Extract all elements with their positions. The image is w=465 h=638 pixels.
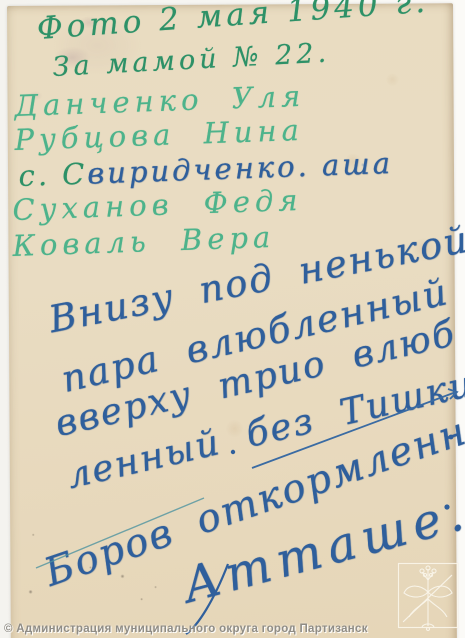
green-ink-fragment: с. С: [18, 157, 88, 193]
city-emblem-logo: [397, 562, 459, 632]
emblem-left-leaf: [404, 586, 428, 597]
emblem-lower-right-leaf: [428, 599, 447, 617]
photo-back-scan: Фото 2 мая 1940 г. За мамой № 22. Данчен…: [0, 0, 465, 638]
emblem-right-leaf: [428, 586, 452, 597]
emblem-base-dot: [427, 628, 430, 631]
watermark-text: © Администрация муниципального округа го…: [4, 623, 368, 635]
